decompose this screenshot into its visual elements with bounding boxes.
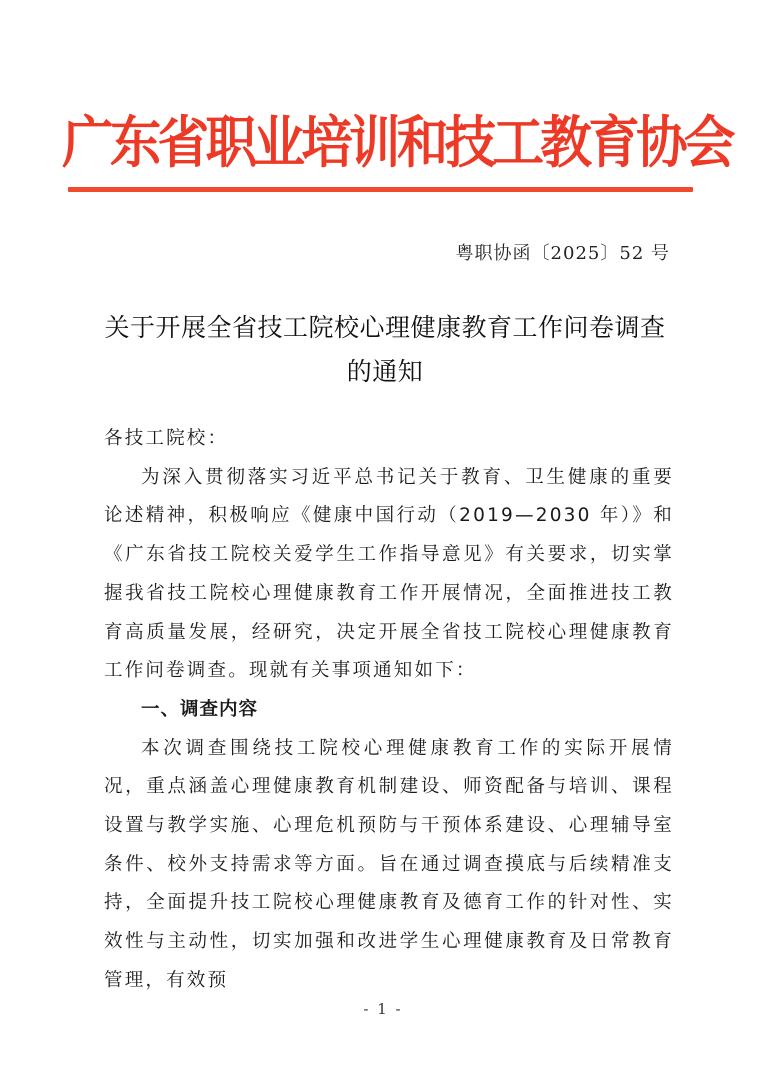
title-line-1: 关于开展全省技工院校心理健康教育工作问卷调查 xyxy=(95,306,675,350)
paragraph-survey-content: 本次调查围绕技工院校心理健康教育工作的实际开展情况，重点涵盖心理健康教育机制建设… xyxy=(104,730,674,1001)
title-line-2: 的通知 xyxy=(95,350,675,394)
page-number: - 1 - xyxy=(0,1000,766,1018)
document-number: 粤职协函〔2025〕52 号 xyxy=(456,240,670,268)
document-page: 广东省职业培训和技工教育协会 粤职协函〔2025〕52 号 关于开展全省技工院校… xyxy=(0,0,766,1080)
section-heading-survey-content: 一、调查内容 xyxy=(104,691,674,730)
masthead-red-rule xyxy=(68,187,693,192)
document-body: 各技工院校： 为深入贯彻落实习近平总书记关于教育、卫生健康的重要论述精神，积极响… xyxy=(104,420,674,1001)
salutation: 各技工院校： xyxy=(104,420,674,459)
masthead-org-name: 广东省职业培训和技工教育协会 xyxy=(62,108,651,178)
document-title: 关于开展全省技工院校心理健康教育工作问卷调查 的通知 xyxy=(95,306,675,394)
paragraph-intro: 为深入贯彻落实习近平总书记关于教育、卫生健康的重要论述精神，积极响应《健康中国行… xyxy=(104,459,674,691)
